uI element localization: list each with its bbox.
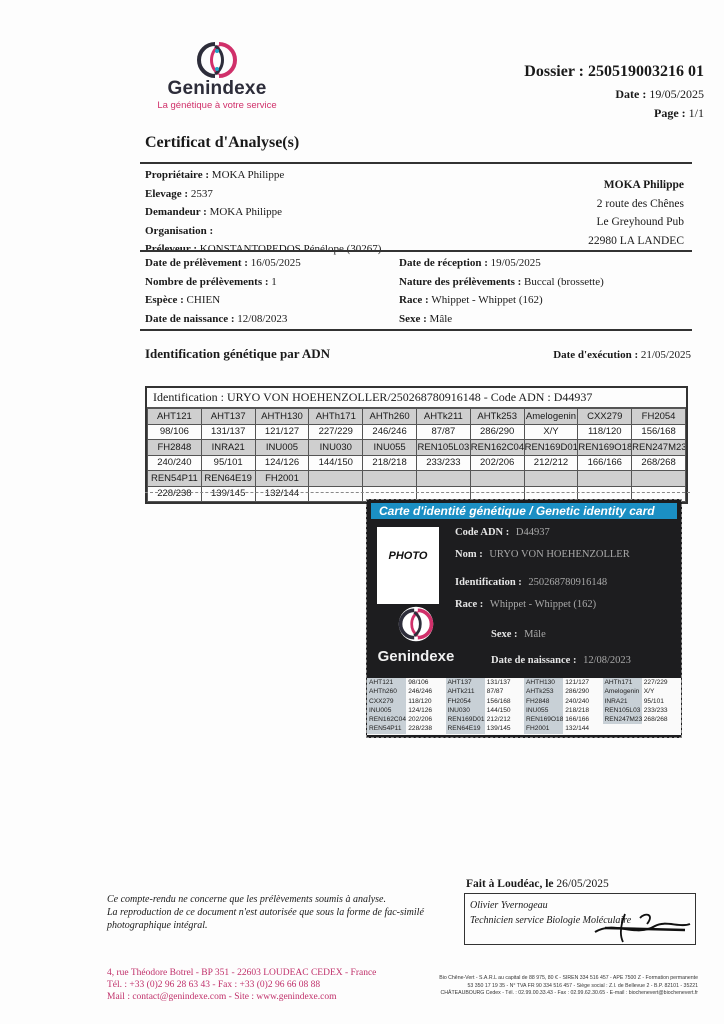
card-nom: Nom : URYO VON HOEHENZOLLER [455, 549, 630, 560]
allele-value: 98/106 [148, 424, 202, 440]
allele-value: 132/144 [255, 486, 309, 502]
cut-line [145, 492, 690, 493]
marker-name [363, 471, 417, 487]
address-line: 2 route des Chênes [588, 195, 684, 214]
card-marker-value: 246/246 [406, 687, 445, 696]
card-marker-row: REN54P11228/238REN64E19139/145FH2001132/… [367, 724, 681, 733]
proprietaire: Propriétaire : MOKA Philippe [145, 166, 381, 185]
divider [140, 250, 692, 252]
card-marker-value: 202/206 [406, 715, 445, 724]
card-marker-value: 124/126 [406, 706, 445, 715]
allele-value: X/Y [524, 424, 578, 440]
demandeur: Demandeur : MOKA Philippe [145, 203, 381, 222]
allele-value: 240/240 [148, 455, 202, 471]
allele-value: 268/268 [632, 455, 686, 471]
allele-value: 124/126 [255, 455, 309, 471]
allele-value: 144/150 [309, 455, 363, 471]
card-marker-value: 132/144 [563, 724, 602, 733]
card-marker-row: AHTh260246/246AHTk21187/87AHTk253286/290… [367, 687, 681, 696]
allele-value: 131/137 [201, 424, 255, 440]
card-marker-grid: AHT12198/106AHT137131/137AHTH130121/127A… [367, 678, 681, 734]
marker-header-row: FH2848INRA21INU005INU030INU055REN105L03R… [148, 440, 686, 456]
marker-name: AHTh171 [309, 409, 363, 425]
logo-tagline: La génétique à votre service [142, 100, 292, 111]
analysis-title: Identification génétique par ADN [145, 346, 330, 362]
marker-name: AHT121 [148, 409, 202, 425]
marker-name [470, 471, 524, 487]
card-marker-value: X/Y [642, 687, 681, 696]
marker-name: FH2001 [255, 471, 309, 487]
allele-value: 212/212 [524, 455, 578, 471]
card-marker-name: AHTh171 [603, 678, 642, 687]
owner-info: Propriétaire : MOKA Philippe Elevage : 2… [145, 166, 381, 259]
page-title: Certificat d'Analyse(s) [145, 134, 299, 152]
card-marker-value: 156/168 [485, 697, 524, 706]
sexe: Sexe : Mâle [399, 310, 604, 329]
card-logo-name: Genindexe [371, 648, 461, 665]
card-marker-name: INU005 [367, 706, 406, 715]
marker-name: REN54P11 [148, 471, 202, 487]
marker-name: REN169O18 [578, 440, 632, 456]
card-marker-name: INU055 [524, 706, 563, 715]
allele-value [309, 486, 363, 502]
marker-name: REN162C04 [470, 440, 524, 456]
photo-placeholder: PHOTO [377, 527, 439, 604]
marker-name: REN64E19 [201, 471, 255, 487]
marker-name: AHTH130 [255, 409, 309, 425]
allele-value: 233/233 [416, 455, 470, 471]
marker-name: REN169D01 [524, 440, 578, 456]
card-marker-name: REN169O18 [524, 715, 563, 724]
recipient-address: MOKA Philippe 2 route des Chênes Le Grey… [588, 176, 684, 250]
card-marker-value: 121/127 [563, 678, 602, 687]
allele-value: 95/101 [201, 455, 255, 471]
elevage: Elevage : 2537 [145, 185, 381, 204]
card-marker-name: REN64E19 [446, 724, 485, 733]
card-marker-name: AHTk211 [446, 687, 485, 696]
marker-name: INU005 [255, 440, 309, 456]
marker-name: INRA21 [201, 440, 255, 456]
marker-name: FH2054 [632, 409, 686, 425]
marker-name: CXX279 [578, 409, 632, 425]
allele-value: 156/168 [632, 424, 686, 440]
card-marker-name: Amelogenin [603, 687, 642, 696]
card-marker-name: FH2054 [446, 697, 485, 706]
organisation: Organisation : [145, 222, 381, 241]
address-line: 22980 LA LANDEC [588, 232, 684, 251]
marker-name: REN105L03 [416, 440, 470, 456]
signature-box: Olivier Yvernogeau Technicien service Bi… [464, 893, 696, 945]
card-marker-name: AHTH130 [524, 678, 563, 687]
allele-value: 202/206 [470, 455, 524, 471]
marker-name [524, 471, 578, 487]
allele-value: 87/87 [416, 424, 470, 440]
card-marker-value: 286/290 [563, 687, 602, 696]
marker-name: AHTh260 [363, 409, 417, 425]
marker-name [578, 471, 632, 487]
dossier-number: Dossier : 250519003216 01 [524, 63, 704, 81]
nature-prelevements: Nature des prélèvements : Buccal (brosse… [399, 273, 604, 292]
card-marker-row: CXX279118/120FH2054156/168FH2848240/240I… [367, 697, 681, 706]
genotype-grid: AHT121AHT137AHTH130AHTh171AHTh260AHTk211… [147, 408, 686, 502]
marker-name: AHTk253 [470, 409, 524, 425]
nombre-prelevements: Nombre de prélèvements : 1 [145, 273, 301, 292]
recipient-name: MOKA Philippe [588, 176, 684, 195]
execution-date: Date d'exécution : 21/05/2025 [553, 349, 691, 361]
card-header: Carte d'identité génétique / Genetic ide… [371, 503, 677, 519]
card-marker-name: AHTk253 [524, 687, 563, 696]
card-marker-value: 218/218 [563, 706, 602, 715]
card-marker-table: AHT12198/106AHT137131/137AHTH130121/127A… [367, 678, 681, 735]
allele-value: 227/229 [309, 424, 363, 440]
card-code-adn: Code ADN : D44937 [455, 527, 550, 538]
espece: Espèce : CHIEN [145, 291, 301, 310]
card-marker-row: INU005124/126INU030144/150INU055218/218R… [367, 706, 681, 715]
card-marker-name: INU030 [446, 706, 485, 715]
card-marker-name: REN162C04 [367, 715, 406, 724]
allele-value: 121/127 [255, 424, 309, 440]
card-race: Race : Whippet - Whippet (162) [455, 599, 596, 610]
date-reception: Date de réception : 19/05/2025 [399, 254, 604, 273]
sample-info-right: Date de réception : 19/05/2025 Nature de… [399, 254, 604, 328]
card-marker-value: 240/240 [563, 697, 602, 706]
allele-value: 139/145 [201, 486, 255, 502]
allele-value: 286/290 [470, 424, 524, 440]
card-marker-value: 212/212 [485, 715, 524, 724]
allele-row: 240/24095/101124/126144/150218/218233/23… [148, 455, 686, 471]
logo-name: Genindexe [142, 78, 292, 100]
marker-name: INU055 [363, 440, 417, 456]
address-line: Le Greyhound Pub [588, 213, 684, 232]
marker-name [416, 471, 470, 487]
marker-name: REN247M23 [632, 440, 686, 456]
marker-name: AHTk211 [416, 409, 470, 425]
allele-value: 118/120 [578, 424, 632, 440]
card-marker-value: 268/268 [642, 715, 681, 724]
signature-place-date: Fait à Loudéac, le 26/05/2025 [466, 878, 609, 890]
date-naissance: Date de naissance : 12/08/2023 [145, 310, 301, 329]
allele-value: 246/246 [363, 424, 417, 440]
allele-value: 166/166 [578, 455, 632, 471]
divider [140, 329, 692, 331]
card-marker-row: AHT12198/106AHT137131/137AHTH130121/127A… [367, 678, 681, 687]
card-marker-name: REN54P11 [367, 724, 406, 733]
card-identification: Identification : 250268780916148 [455, 577, 607, 588]
card-sexe: Sexe : Mâle [491, 629, 546, 640]
card-marker-name: AHTh260 [367, 687, 406, 696]
marker-header-row: AHT121AHT137AHTH130AHTh171AHTh260AHTk211… [148, 409, 686, 425]
card-marker-name: REN247M23 [603, 715, 642, 724]
card-marker-name: REN105L03 [603, 706, 642, 715]
date-prelevement: Date de prélèvement : 16/05/2025 [145, 254, 301, 273]
genetic-identity-card: Carte d'identité génétique / Genetic ide… [366, 499, 682, 738]
genotype-table: Identification : URYO VON HOEHENZOLLER/2… [145, 386, 688, 504]
card-marker-value: 233/233 [642, 706, 681, 715]
partner-legal-info: Bio Chêne-Vert - S.A.R.L au capital de 8… [398, 975, 698, 998]
allele-value: 218/218 [363, 455, 417, 471]
card-marker-value: 118/120 [406, 697, 445, 706]
marker-header-row: REN54P11REN64E19FH2001 [148, 471, 686, 487]
genindexe-logo: Genindexe La génétique à votre service [142, 40, 292, 111]
sample-info-left: Date de prélèvement : 16/05/2025 Nombre … [145, 254, 301, 328]
card-logo: Genindexe [371, 605, 461, 665]
allele-value: 228/238 [148, 486, 202, 502]
card-marker-value: 144/150 [485, 706, 524, 715]
race: Race : Whippet - Whippet (162) [399, 291, 604, 310]
company-address: 4, rue Théodore Botrel - BP 351 - 22603 … [107, 967, 376, 1003]
card-marker-name: FH2001 [524, 724, 563, 733]
card-marker-value: 131/137 [485, 678, 524, 687]
genindexe-logo-icon [195, 40, 239, 80]
identification-line: Identification : URYO VON HOEHENZOLLER/2… [147, 388, 686, 408]
marker-name: AHT137 [201, 409, 255, 425]
card-marker-value: 228/238 [406, 724, 445, 733]
disclaimer: Ce compte-rendu ne concerne que les prél… [107, 893, 424, 932]
divider [140, 162, 692, 164]
card-marker-name: AHT121 [367, 678, 406, 687]
card-marker-name: FH2848 [524, 697, 563, 706]
card-marker-value: 95/101 [642, 697, 681, 706]
page-number: Page : 1/1 [654, 106, 704, 121]
marker-name [309, 471, 363, 487]
card-marker-name: CXX279 [367, 697, 406, 706]
marker-name: FH2848 [148, 440, 202, 456]
card-naissance: Date de naissance : 12/08/2023 [491, 655, 631, 666]
card-marker-name [603, 724, 642, 733]
card-marker-name: INRA21 [603, 697, 642, 706]
card-marker-value: 87/87 [485, 687, 524, 696]
card-marker-value: 139/145 [485, 724, 524, 733]
card-marker-value: 98/106 [406, 678, 445, 687]
allele-row: 98/106131/137121/127227/229246/24687/872… [148, 424, 686, 440]
document-date: Date : 19/05/2025 [615, 87, 704, 102]
marker-name: Amelogenin [524, 409, 578, 425]
card-marker-row: REN162C04202/206REN169D01212/212REN169O1… [367, 715, 681, 724]
card-marker-name: REN169D01 [446, 715, 485, 724]
card-marker-value: 166/166 [563, 715, 602, 724]
signature-icon [585, 910, 695, 944]
card-marker-value: 227/229 [642, 678, 681, 687]
card-marker-value [642, 724, 681, 733]
card-marker-name: AHT137 [446, 678, 485, 687]
marker-name: INU030 [309, 440, 363, 456]
genindexe-logo-icon [396, 605, 436, 643]
marker-name [632, 471, 686, 487]
